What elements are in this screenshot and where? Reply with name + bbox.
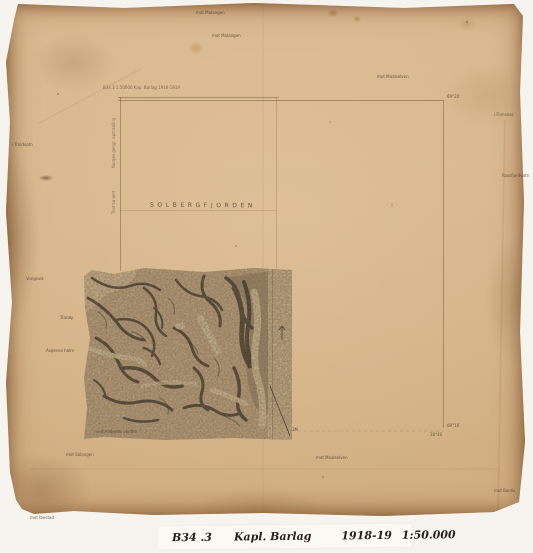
margin-label: Tranøy bbox=[60, 316, 73, 320]
margin-label: 3M bbox=[292, 428, 298, 432]
margin-label: mot Maalselven bbox=[377, 75, 409, 79]
margin-label: Vangsvik bbox=[26, 277, 44, 281]
caption-author: Kapl. Barlag bbox=[234, 530, 312, 544]
caption-sheet-id: B34 .3 bbox=[172, 531, 212, 544]
caption-scale: 1:50.000 bbox=[402, 528, 456, 542]
margin-label: Aspenes holm bbox=[46, 349, 74, 353]
margin-label: mot Ibestad bbox=[30, 516, 54, 520]
pencil-archive-note: B34.3 1:50000 Kap. Barlag 1918-1919 bbox=[103, 86, 180, 90]
margin-label: mot Salangen bbox=[66, 453, 94, 457]
vertical-pencil-note: Norges geogr. opmaaling bbox=[112, 118, 116, 168]
margin-label: mot Bardu bbox=[494, 489, 515, 493]
margin-label: i Troldvatn bbox=[12, 143, 33, 147]
caption-years: 1918-19 bbox=[341, 529, 392, 543]
margin-label: Rossfjordvatn bbox=[502, 174, 529, 178]
scanned-map-photo: B34.3 1:50000 Kap. Barlag 1918-1919 Norg… bbox=[0, 0, 533, 553]
margin-label: mot Maalselven bbox=[316, 456, 348, 460]
vertical-pencil-note: Tromsø amt bbox=[112, 191, 116, 214]
caption-strip: B34 .3 Kapl. Barlag 1918-19 1:50.000 bbox=[158, 524, 412, 550]
margin-label: 69°10′ bbox=[447, 424, 460, 428]
fjord-name-label: SOLBERGFJORDEN bbox=[150, 203, 256, 210]
engraving-grain bbox=[84, 268, 292, 440]
margin-label: mot Malangen bbox=[196, 11, 225, 15]
margin-label: 69°20′ bbox=[447, 95, 460, 99]
map-sheet-paper bbox=[4, 2, 527, 519]
margin-label: i Finnsnes bbox=[494, 113, 514, 117]
map-engraving bbox=[84, 268, 292, 440]
margin-label: 18°40′ bbox=[430, 433, 443, 437]
margin-label: ved Andenes varden bbox=[96, 430, 137, 434]
margin-label: mot Malangen bbox=[212, 34, 241, 38]
